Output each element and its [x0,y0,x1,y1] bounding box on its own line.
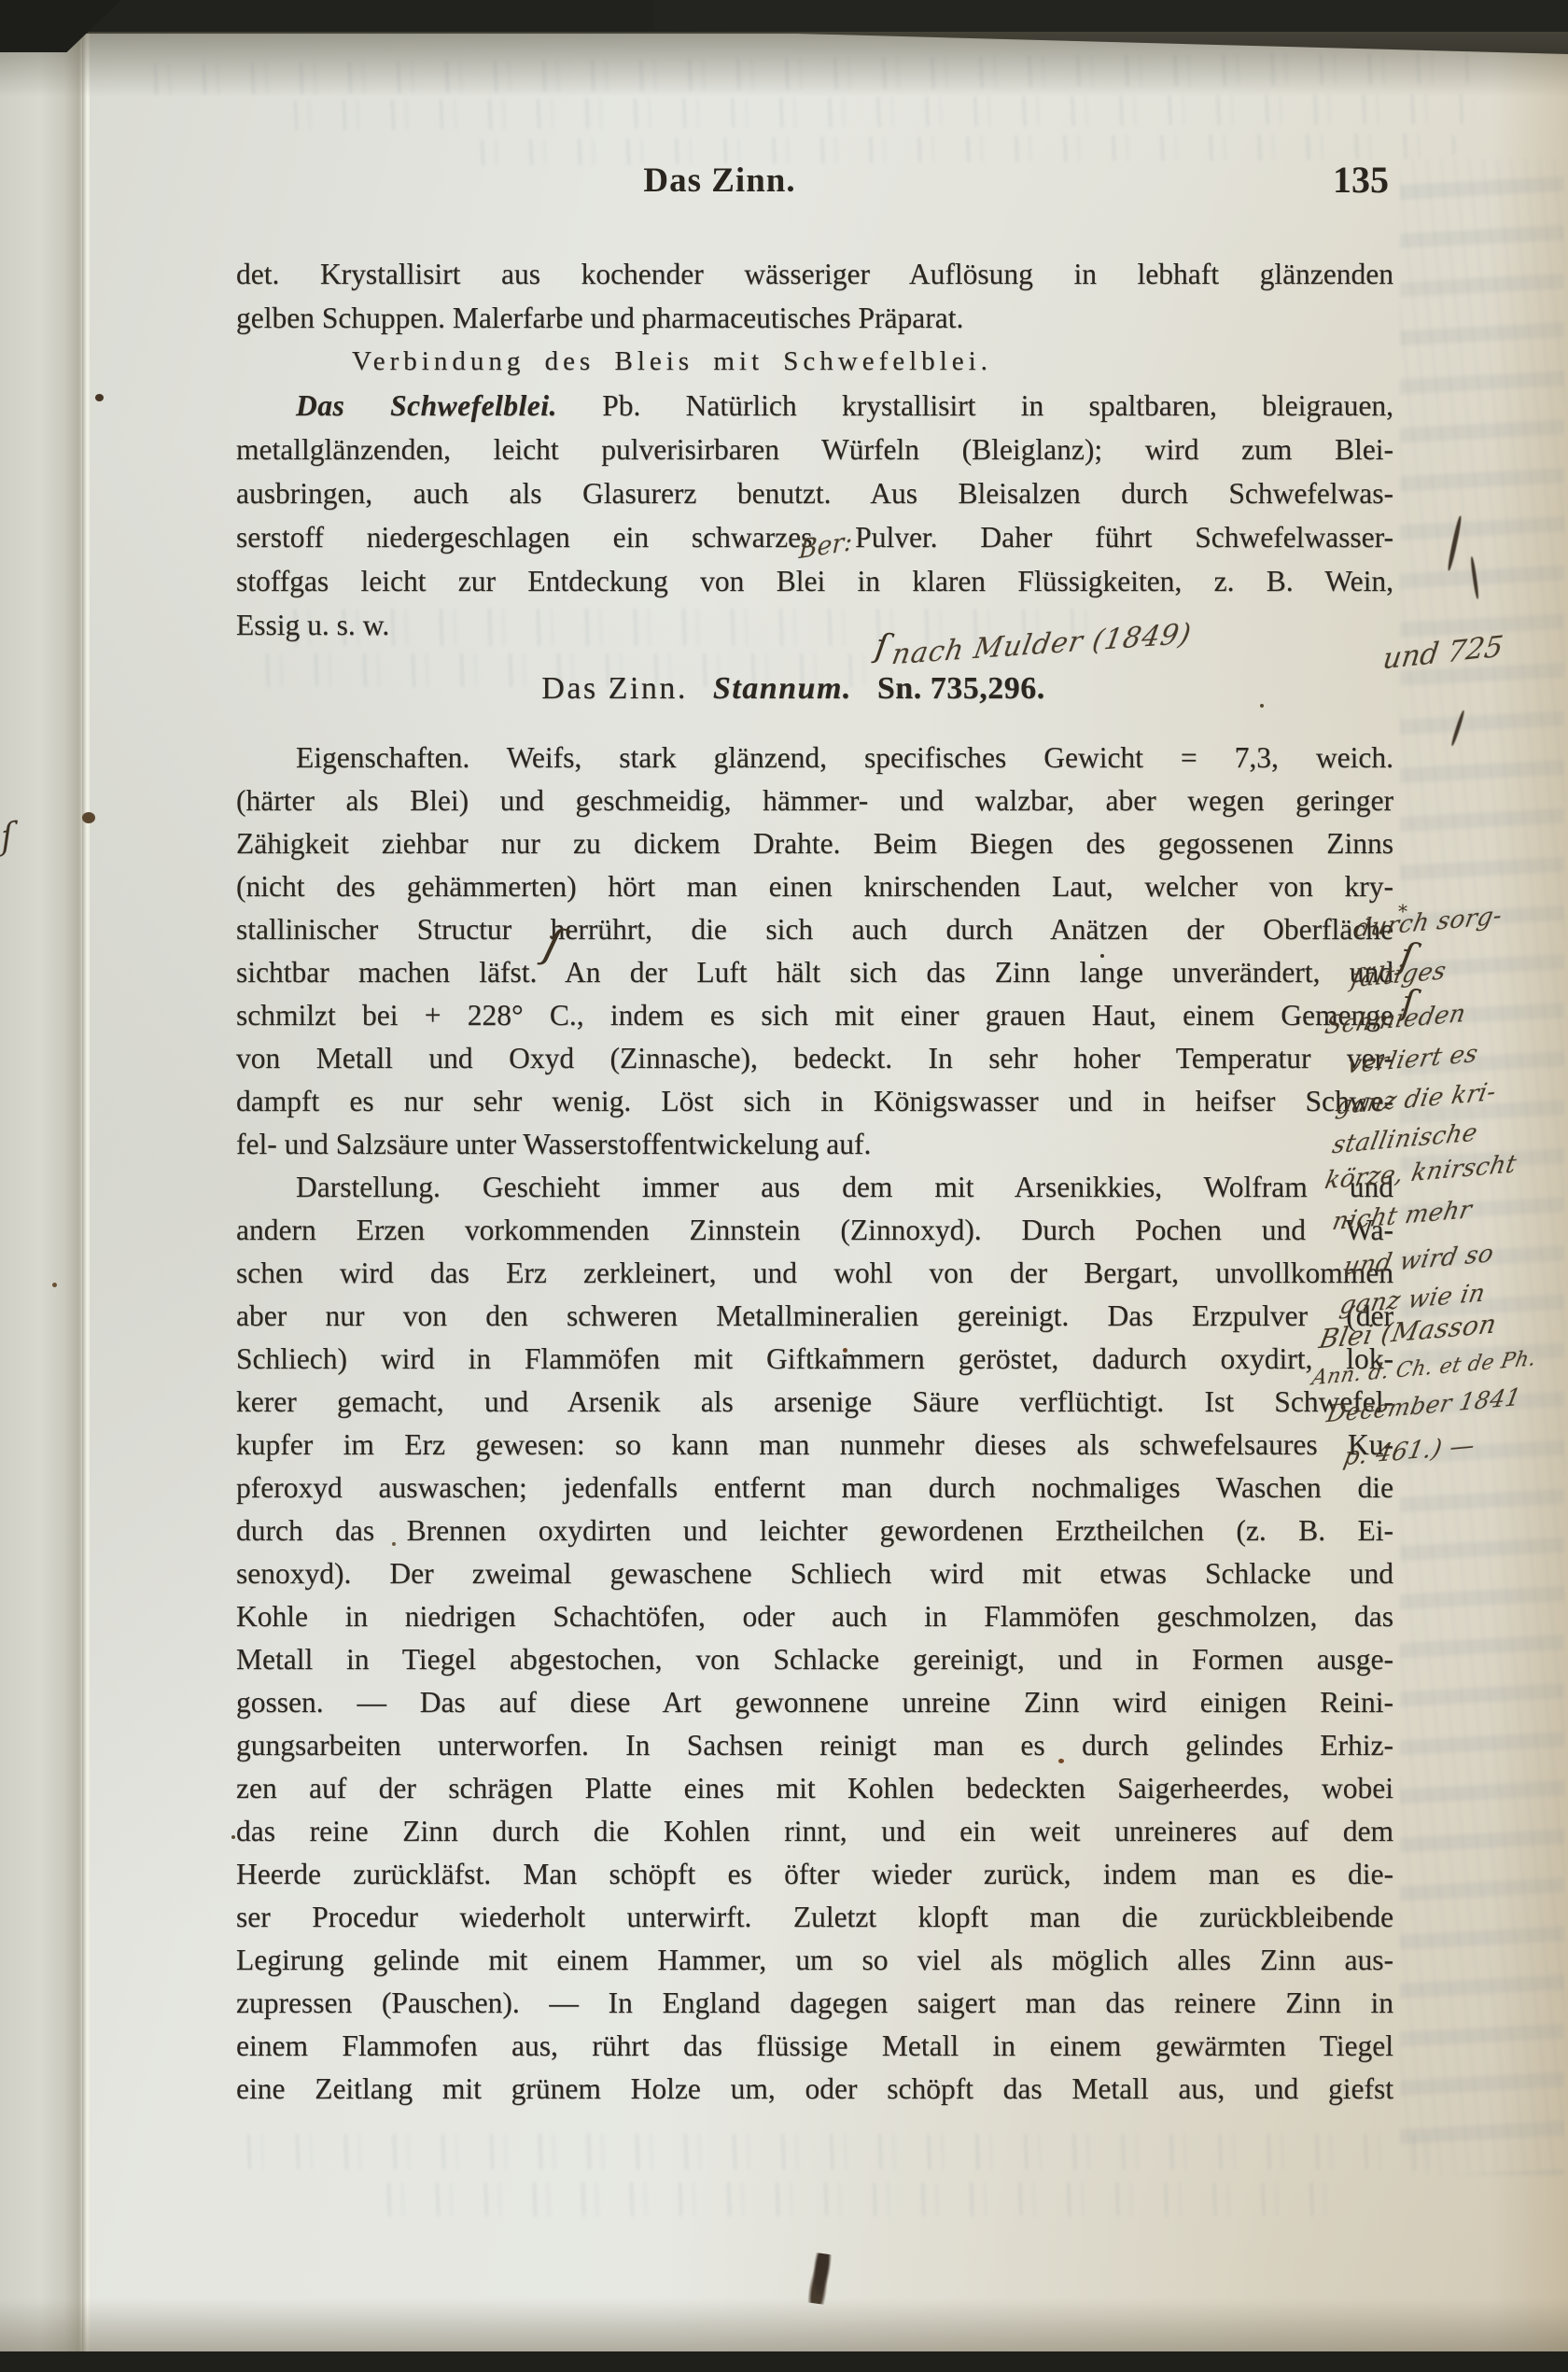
chapter-heading: Das Zinn. Stannum. Sn. 735,296. [236,665,1393,713]
text-line: Eigenschaften. Weifs, stark glänzend, sp… [236,737,1393,779]
text-line: stoffgas leicht zur Entdeckung von Blei … [236,559,1393,603]
text-line: gungsarbeiten unterworfen. In Sachsen re… [236,1724,1393,1767]
text-line: stallinischer Structur herrührt, die sic… [236,908,1393,951]
page-bottom-shadow [0,2298,1568,2351]
text-line: Zähigkeit ziehbar nur zu dickem Drahte. … [236,822,1393,865]
ink-speck [1058,1759,1064,1763]
bleed-through-texture [280,94,1475,131]
text-line: zupressen (Pauschen). — In England dageg… [236,1982,1393,2025]
text-line: eine Zeitlang mit grünem Holze um, oder … [236,2068,1393,2111]
text-line: metallglänzenden, leicht pulverisirbaren… [236,428,1393,471]
ink-speck [95,394,104,401]
text-line: kerer gemacht, und Arsenik als arsenige … [236,1381,1393,1424]
book-page-scan: Das Zinn. 135 det. Krystallisirt aus koc… [0,0,1568,2372]
text-line: ausbringen, auch als Glasurerz benutzt. … [236,471,1393,515]
scan-edge-bottom [0,2351,1568,2372]
gutter-crease [82,0,88,2372]
text-line: det. Krystallisirt aus kochender wässeri… [236,252,1393,296]
text-line: das reine Zinn durch die Kohlen rinnt, u… [236,1810,1393,1853]
text-line: Legirung gelinde mit einem Hammer, um so… [236,1939,1393,1982]
text-line: sichtbar machen läfst. An der Luft hält … [236,951,1393,994]
page-number: 135 [1305,158,1417,202]
text-line: Heerde zurückläfst. Man schöpft es öfter… [236,1853,1393,1896]
page-top-shadow [0,32,1568,97]
text-line: Das Schwefelblei. Pb. Natürlich krystall… [236,384,1393,428]
ink-speck [82,812,95,823]
text-line: pferoxyd auswaschen; jedenfalls entfernt… [236,1467,1393,1509]
paragraph-eigenschaften: Eigenschaften. Weifs, stark glänzend, sp… [236,737,1393,2111]
text-line: Metall in Tiegel abgestochen, von Schlac… [236,1638,1393,1681]
book-gutter [0,0,90,2372]
text-line: andern Erzen vorkommenden Zinnstein (Zin… [236,1209,1393,1252]
text-line: gelben Schuppen. Malerfarbe und pharmace… [236,296,1393,340]
text-line: Kohle in niedrigen Schachtöfen, oder auc… [236,1595,1393,1638]
chapter-title: Das Zinn. [541,665,688,713]
ink-speck [392,1542,396,1546]
text-line: einem Flammofen aus, rührt das flüssige … [236,2025,1393,2068]
text-line: (härter als Blei) und geschmeidig, hämme… [236,779,1393,822]
text-line: gossen. — Das auf diese Art gewonnene un… [236,1681,1393,1724]
text-line: schmilzt bei + 228° C., indem es sich mi… [236,994,1393,1037]
ink-speck [231,1835,235,1839]
section-heading: Verbindung des Bleis mit Schwefelblei. [236,340,1393,384]
text-span: Pb. Natürlich krystallisirt in spaltbare… [602,389,1393,422]
text-line: Essig u. s. w. [236,603,1393,647]
text-line: zen auf der schrägen Platte eines mit Ko… [236,1767,1393,1810]
text-line: ser Procedur wiederholt unterwirft. Zule… [236,1896,1393,1939]
text-line: aber nur von den schweren Metallminerali… [236,1295,1393,1338]
text-line: schen wird das Erz zerkleinert, und wohl… [236,1252,1393,1295]
text-line: kupfer im Erz gewesen: so kann man nunme… [236,1424,1393,1467]
text-line: von Metall und Oxyd (Zinnasche), bedeckt… [236,1037,1393,1080]
chapter-symbol-weight: Sn. 735,296. [877,665,1045,713]
asterisk-mark: ⁎ [1398,894,1407,917]
text-line: fel- und Salzsäure unter Wasserstoffentw… [236,1123,1393,1166]
text-line: Schliech) wird in Flammöfen mit Giftkamm… [236,1338,1393,1381]
text-block: det. Krystallisirt aus kochender wässeri… [236,252,1393,2111]
paragraph-lead: Das Schwefelblei. [296,389,557,422]
text-line: Darstellung. Geschieht immer aus dem mit… [236,1166,1393,1209]
ink-speck [1260,704,1264,708]
text-line: (nicht des gehämmerten) hört man einen k… [236,865,1393,908]
ink-speck [843,1348,847,1353]
text-line: durch das Brennen oxydirten und leichter… [236,1509,1393,1552]
ink-speck [52,1283,57,1287]
running-header-title: Das Zinn. [90,161,1350,201]
bleed-through-texture [233,2134,1447,2169]
text-line: dampft es nur sehr wenig. Löst sich in K… [236,1080,1393,1123]
handwritten-margin-fragment: iſ [0,817,14,861]
ink-speck [1100,954,1104,958]
bleed-through-texture [373,2183,1353,2216]
chapter-latin-name: Stannum. [713,665,852,713]
text-line: senoxyd). Der zweimal gewaschene Schliec… [236,1552,1393,1595]
